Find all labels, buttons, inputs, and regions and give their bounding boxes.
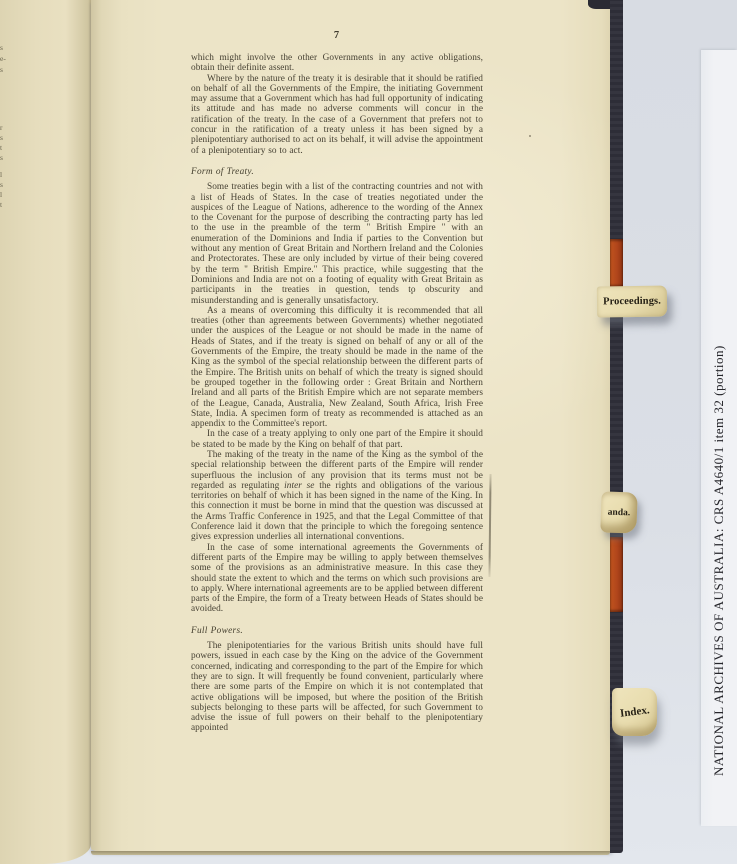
page-edge-text-fragment: e-: [0, 55, 7, 63]
binding-stripe-upper: [610, 239, 623, 287]
page-edge-text-fragment: s: [0, 44, 7, 52]
paper-speck: [411, 292, 413, 294]
paragraph: The making of the treaty in the name of …: [191, 450, 483, 543]
paragraph: Where by the nature of the treaty it is …: [191, 74, 483, 156]
binding-stripe-lower: [610, 537, 623, 612]
paragraph: As a means of overcoming this difficulty…: [191, 306, 483, 430]
paragraph: In the case of a treaty applying to only…: [191, 429, 483, 450]
section-heading: Form of Treaty.: [191, 167, 483, 177]
page-edge-text-fragment: l: [0, 191, 7, 199]
tab-proceedings-label: Proceedings.: [603, 296, 661, 308]
paper-speck: [529, 135, 531, 137]
page-edge-text-fragment: s: [0, 134, 7, 142]
document-page: 7 which might involve the other Governme…: [91, 0, 612, 851]
tab-proceedings: Proceedings.: [597, 286, 667, 318]
paragraph: In the case of some international agreem…: [191, 543, 483, 615]
tab-memoranda: anda.: [600, 491, 637, 533]
page-edge-text-fragment: r: [0, 124, 7, 132]
book-cover-corner: [588, 0, 612, 9]
tab-index-label: Index.: [619, 704, 650, 720]
page-edge-text-fragment: l: [0, 171, 7, 179]
page-edge-text-fragment: t: [0, 144, 7, 152]
tab-memoranda-label: anda.: [608, 507, 631, 518]
margin-pen-mark: [488, 474, 491, 577]
tab-index: Index.: [612, 688, 657, 736]
page-edge-text-fragment: s: [0, 181, 7, 189]
photograph-of-archived-document: { "archive_strip": { "label": "NATIONAL …: [0, 0, 737, 864]
page-edge-text-fragment: s: [0, 154, 7, 162]
page-number: 7: [191, 30, 483, 41]
paragraph: Some treaties begin with a list of the c…: [191, 182, 483, 306]
paragraph: The plenipotentiaries for the various Br…: [191, 641, 483, 734]
previous-page-edge: se-srstslslt: [0, 0, 91, 864]
page-edge-text-fragment: t: [0, 201, 7, 209]
section-heading: Full Powers.: [191, 626, 483, 636]
paragraph: which might involve the other Government…: [191, 53, 483, 74]
archive-citation-label: NATIONAL ARCHIVES OF AUSTRALIA: CRS A464…: [702, 320, 736, 802]
page-edge-text-fragment: s: [0, 66, 7, 74]
body-text: which might involve the other Government…: [191, 53, 483, 734]
